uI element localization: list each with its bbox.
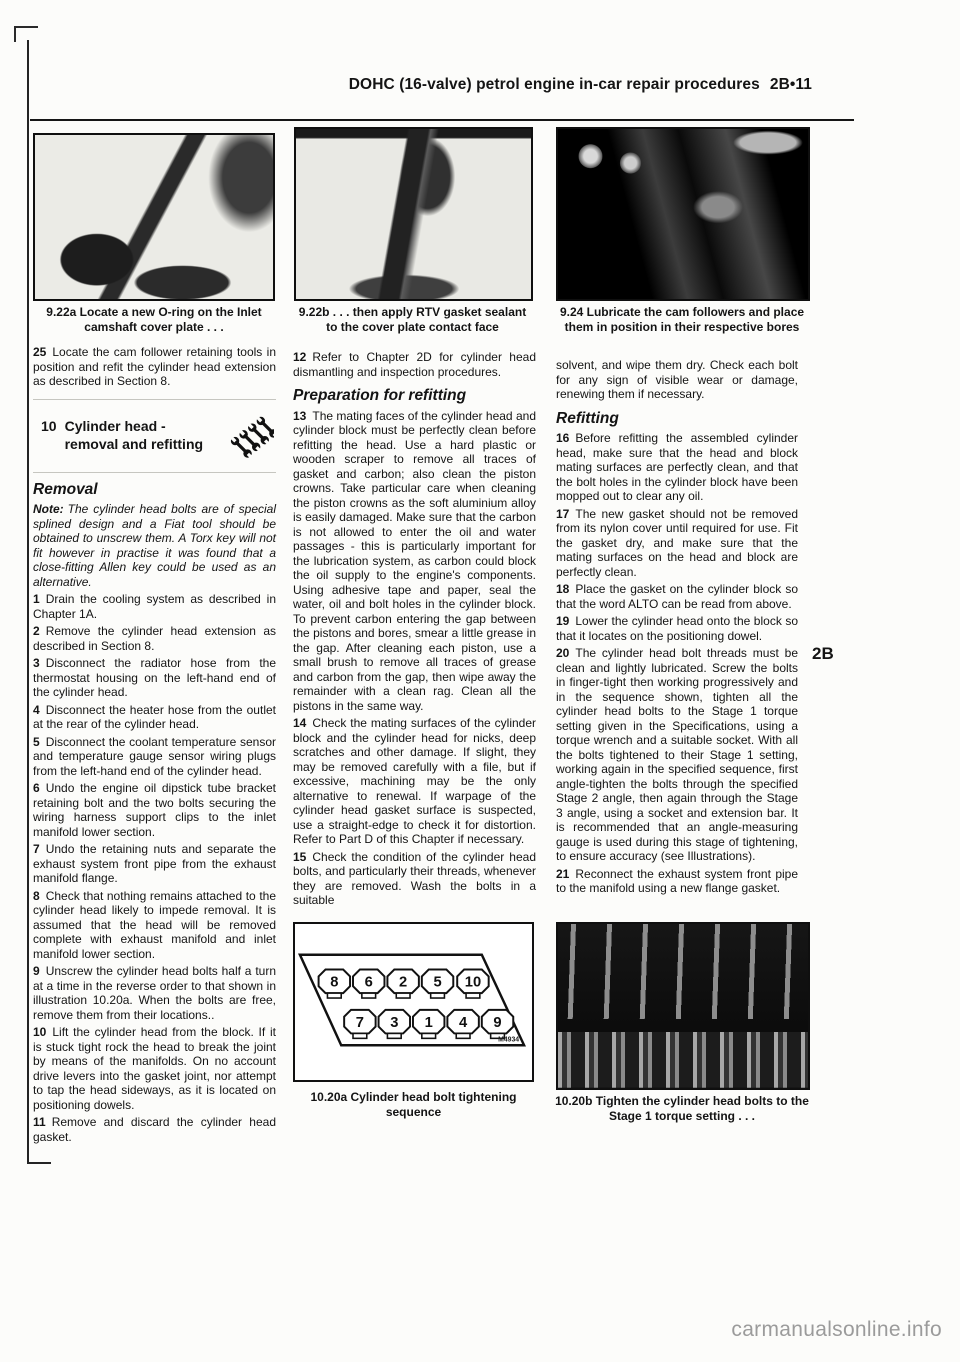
step-text: Remove and discard the cylinder head gas… (33, 1115, 276, 1144)
manual-page: DOHC (16-valve) petrol engine in-car rep… (0, 0, 960, 1362)
step-12: 12Refer to Chapter 2D for cylinder head … (293, 350, 536, 379)
step-text: Check the mating surfaces of the cylinde… (293, 716, 536, 846)
difficulty-spanner-icon (230, 412, 274, 460)
bolt-6: 6 (353, 970, 384, 999)
section-10-heading: 10 Cylinder head - removal and refitting (33, 399, 276, 473)
bolt-8: 8 (319, 970, 350, 999)
refitting-heading: Refitting (556, 412, 798, 427)
bolt-10: 10 (457, 970, 488, 999)
step-text: Refer to Chapter 2D for cylinder head di… (293, 350, 536, 379)
text-column-1: 25Locate the cam follower retaining tool… (33, 345, 276, 1147)
section-title: 10 Cylinder head - removal and refitting (41, 418, 217, 453)
step-number: 15 (293, 850, 306, 864)
step-text: Disconnect the radiator hose from the th… (33, 656, 276, 699)
step-number: 13 (293, 409, 306, 423)
step-3: 3Disconnect the radiator hose from the t… (33, 656, 276, 700)
step-text: Disconnect the coolant temperature senso… (33, 735, 276, 778)
step-14: 14Check the mating surfaces of the cylin… (293, 716, 536, 847)
step-text: The new gasket should not be removed fro… (556, 507, 798, 579)
note-text: The cylinder head bolts are of special s… (33, 502, 276, 589)
svg-text:6: 6 (365, 975, 373, 991)
removal-heading: Removal (33, 483, 276, 498)
caption-1020b: 10.20b Tighten the cylinder head bolts t… (554, 1094, 810, 1124)
step-text: Lift the cylinder head from the block. I… (33, 1025, 276, 1112)
text-column-3: solvent, and wipe them dry. Check each b… (556, 358, 798, 899)
continued-paragraph: solvent, and wipe them dry. Check each b… (556, 358, 798, 402)
photo-oring-cover-plate (33, 133, 275, 301)
section-tab: 2B (812, 644, 834, 664)
caption-1020a: 10.20a Cylinder head bolt tightening seq… (293, 1090, 534, 1120)
step-number: 25 (33, 345, 46, 359)
bolt-sequence-drawing: 8 6 2 5 10 7 3 1 4 9 M4934 (295, 924, 528, 1076)
step-25: 25Locate the cam follower retaining tool… (33, 345, 276, 389)
step-11: 11Remove and discard the cylinder head g… (33, 1115, 276, 1144)
step-text: Disconnect the heater hose from the outl… (33, 703, 276, 732)
step-1: 1Drain the cooling system as described i… (33, 592, 276, 621)
step-number: 18 (556, 582, 569, 596)
header-rule (30, 119, 854, 121)
svg-text:2: 2 (399, 975, 407, 991)
caption-924: 9.24 Lubricate the cam followers and pla… (554, 305, 810, 335)
svg-text:8: 8 (330, 975, 338, 991)
bolt-9: 9 (482, 1010, 513, 1039)
note-paragraph: Note:The cylinder head bolts are of spec… (33, 502, 276, 589)
svg-text:7: 7 (356, 1015, 364, 1031)
step-number: 9 (33, 964, 40, 978)
step-16: 16Before refitting the assembled cylinde… (556, 431, 798, 504)
step-text: Drain the cooling system as described in… (33, 592, 276, 621)
photo-rtv-sealant (294, 127, 533, 301)
scan-corner-mark (14, 26, 38, 42)
step-number: 6 (33, 781, 40, 795)
step-text: The cylinder head bolt threads must be c… (556, 646, 798, 863)
step-number: 1 (33, 592, 40, 606)
section-title-text: Cylinder head - removal and refitting (65, 418, 217, 453)
step-text: Place the gasket on the cylinder block s… (556, 582, 798, 611)
svg-text:10: 10 (465, 975, 481, 991)
step-number: 8 (33, 889, 40, 903)
step-number: 17 (556, 507, 569, 521)
step-number: 16 (556, 431, 569, 445)
svg-text:5: 5 (433, 975, 441, 991)
caption-922b: 9.22b . . . then apply RTV gasket sealan… (292, 305, 533, 335)
step-13: 13The mating faces of the cylinder head … (293, 409, 536, 714)
photo-torque-tightening (556, 922, 810, 1090)
step-21: 21Reconnect the exhaust system front pip… (556, 867, 798, 896)
step-20: 20The cylinder head bolt threads must be… (556, 646, 798, 864)
watermark-text: carmanualsonline.info (731, 1318, 942, 1342)
step-text: Check the condition of the cylinder head… (293, 850, 536, 908)
step-8: 8Check that nothing remains attached to … (33, 889, 276, 962)
text-column-2: 12Refer to Chapter 2D for cylinder head … (293, 350, 536, 911)
step-text: Check that nothing remains attached to t… (33, 889, 276, 961)
step-5: 5Disconnect the coolant temperature sens… (33, 735, 276, 779)
scan-bottom-mark (27, 1162, 51, 1164)
step-number: 19 (556, 614, 569, 628)
svg-text:4: 4 (459, 1015, 468, 1031)
svg-text:9: 9 (493, 1015, 501, 1031)
step-number: 2 (33, 624, 40, 638)
step-number: 10 (33, 1025, 46, 1039)
step-6: 6Undo the engine oil dipstick tube brack… (33, 781, 276, 839)
header-title: DOHC (16-valve) petrol engine in-car rep… (349, 76, 760, 93)
step-17: 17The new gasket should not be removed f… (556, 507, 798, 580)
svg-text:1: 1 (425, 1015, 433, 1031)
step-18: 18Place the gasket on the cylinder block… (556, 582, 798, 611)
bolt-1: 1 (413, 1010, 444, 1039)
step-2: 2Remove the cylinder head extension as d… (33, 624, 276, 653)
caption-922a: 9.22a Locate a new O-ring on the Inlet c… (33, 305, 275, 335)
step-text: solvent, and wipe them dry. Check each b… (556, 358, 798, 401)
step-text: Before refitting the assembled cylinder … (556, 431, 798, 503)
step-number: 14 (293, 716, 306, 730)
step-text: Unscrew the cylinder head bolts half a t… (33, 964, 276, 1022)
step-10: 10Lift the cylinder head from the block.… (33, 1025, 276, 1112)
bolt-4: 4 (447, 1010, 478, 1039)
step-number: 5 (33, 735, 40, 749)
illustration-mark: M4934 (498, 1036, 519, 1043)
scan-left-edge (27, 40, 29, 1164)
step-4: 4Disconnect the heater hose from the out… (33, 703, 276, 732)
step-9: 9Unscrew the cylinder head bolts half a … (33, 964, 276, 1022)
step-number: 11 (33, 1115, 46, 1129)
step-text: Reconnect the exhaust system front pipe … (556, 867, 798, 896)
bolt-7: 7 (344, 1010, 375, 1039)
step-text: The mating faces of the cylinder head an… (293, 409, 536, 713)
step-19: 19Lower the cylinder head onto the block… (556, 614, 798, 643)
header-page-number: 2B•11 (770, 76, 812, 93)
step-number: 12 (293, 350, 306, 364)
step-text: Lower the cylinder head onto the block s… (556, 614, 798, 643)
section-number: 10 (41, 418, 57, 453)
svg-text:3: 3 (390, 1015, 398, 1031)
page-header: DOHC (16-valve) petrol engine in-car rep… (280, 76, 812, 94)
step-text: Undo the retaining nuts and separate the… (33, 842, 276, 885)
preparation-heading: Preparation for refitting (293, 389, 536, 404)
step-7: 7Undo the retaining nuts and separate th… (33, 842, 276, 886)
step-text: Locate the cam follower retaining tools … (33, 345, 276, 388)
step-text: Undo the engine oil dipstick tube bracke… (33, 781, 276, 839)
note-label: Note: (33, 502, 64, 516)
bolt-3: 3 (379, 1010, 410, 1039)
step-text: Remove the cylinder head extension as de… (33, 624, 276, 653)
step-number: 21 (556, 867, 569, 881)
diagram-bolt-tightening-sequence: 8 6 2 5 10 7 3 1 4 9 M4934 (293, 922, 534, 1082)
bolt-2: 2 (387, 970, 418, 999)
step-number: 20 (556, 646, 569, 660)
step-number: 4 (33, 703, 40, 717)
photo-cam-followers (556, 127, 810, 301)
step-number: 7 (33, 842, 40, 856)
bolt-5: 5 (422, 970, 453, 999)
step-number: 3 (33, 656, 40, 670)
step-15: 15Check the condition of the cylinder he… (293, 850, 536, 908)
